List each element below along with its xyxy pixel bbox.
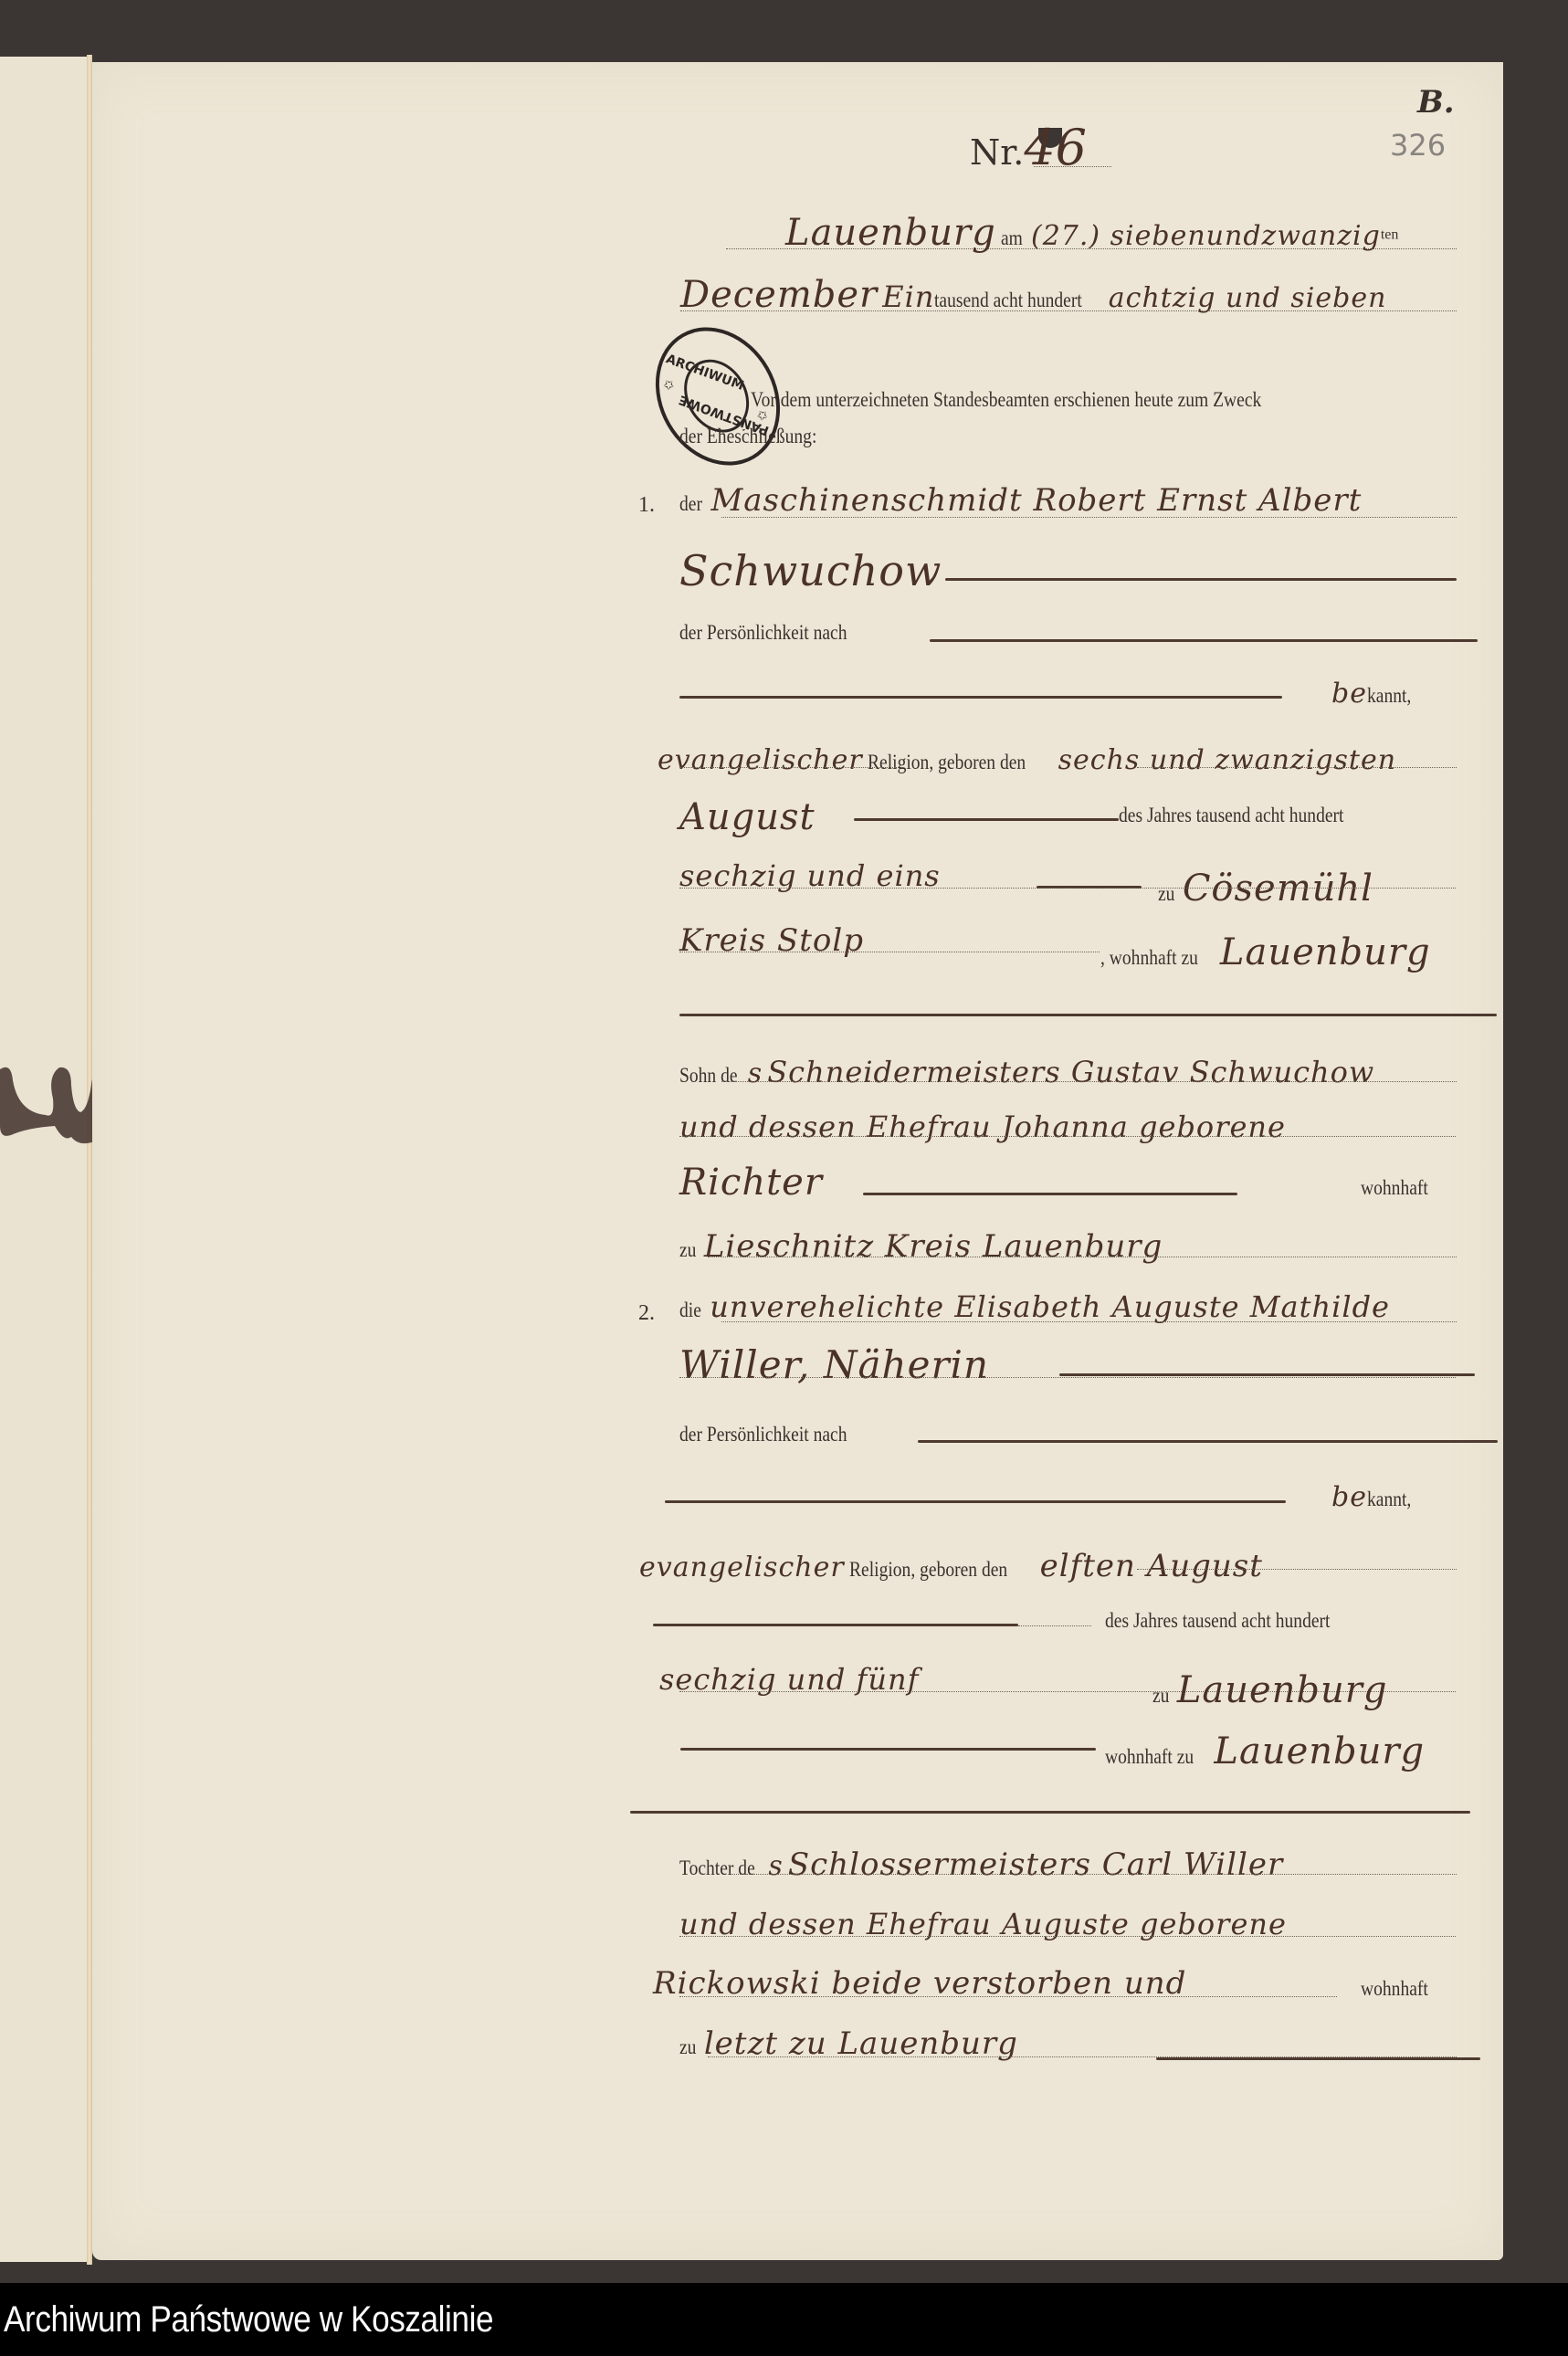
star-icon: ✩ <box>661 376 678 394</box>
groom-birthplace: Cösemühl <box>1183 868 1373 910</box>
groom-identity-label: der Persönlichkeit nach <box>679 621 847 645</box>
bride-known-printed: kannt, <box>1367 1488 1411 1511</box>
bride-residence: Lauenburg <box>1214 1730 1425 1772</box>
bride-parent-label: Tochter de <box>679 1856 755 1880</box>
bride-index: 2. <box>638 1301 655 1326</box>
bride-father: Schlossermeisters Carl Willer <box>788 1846 1283 1883</box>
groom-mother-maiden: Richter <box>679 1162 823 1204</box>
groom-article: der <box>679 492 702 516</box>
scan-image: B. 326 Nr.46 Lauenburg am (27.) siebenun… <box>0 0 1568 2283</box>
intro-line-1: Vor dem unterzeichneten Standesbeamten e… <box>751 388 1261 412</box>
day-value: (27.) siebenundzwanzig <box>1031 220 1381 252</box>
bride-status-names: unverehelichte Elisabeth Auguste Mathild… <box>710 1289 1390 1324</box>
bride-known-hand: be <box>1331 1481 1367 1513</box>
groom-known-printed: kannt, <box>1367 684 1411 708</box>
groom-year-label: des Jahres tausend acht hundert <box>1119 804 1343 827</box>
bride-surname-occupation: Willer, Näherin <box>679 1342 989 1387</box>
year-prefix: Ein <box>882 279 934 314</box>
bride-birthplace: Lauenburg <box>1177 1669 1388 1711</box>
groom-parent-label: Sohn de <box>679 1064 738 1088</box>
bride-birthplace-label: zu <box>1152 1684 1169 1708</box>
groom-religion: evangelischer <box>658 744 863 776</box>
groom-known-hand: be <box>1331 678 1367 710</box>
bride-identity-label: der Persönlichkeit nach <box>679 1423 847 1446</box>
place-value: Lauenburg <box>785 212 996 254</box>
footer-bar: Archiwum Państwowe w Koszalinie <box>0 2283 1568 2356</box>
groom-occupation-names: Maschinenschmidt Robert Ernst Albert <box>710 482 1362 519</box>
groom-mother-line: und dessen Ehefrau Johanna geborene <box>679 1110 1286 1144</box>
bride-religion: evangelischer <box>639 1551 845 1583</box>
groom-parents-residence-prefix: zu <box>679 1238 696 1262</box>
groom-birthplace-district: Kreis Stolp <box>679 922 864 959</box>
intro-line-2: der Eheschließung: <box>679 425 816 448</box>
form-letter: B. <box>1417 84 1455 121</box>
year-hand: achtzig und sieben <box>1109 282 1387 314</box>
am-label: am <box>1001 226 1023 250</box>
bride-religion-label: Religion, geboren den <box>849 1558 1007 1582</box>
groom-residence: Lauenburg <box>1220 931 1431 973</box>
groom-index: 1. <box>638 493 655 518</box>
groom-surname: Schwuchow <box>679 546 942 595</box>
groom-birth-day: sechs und zwanzigsten <box>1058 744 1396 776</box>
record-number-value: 46 <box>1024 119 1087 176</box>
bride-parent-suffix: s <box>768 1850 783 1882</box>
bride-parents-residence-label: wohnhaft <box>1361 1977 1428 2001</box>
left-page <box>0 57 87 2262</box>
record-number-label: Nr. <box>970 132 1024 173</box>
record-number: Nr.46 <box>970 119 1087 176</box>
groom-parents-residence-label: wohnhaft <box>1361 1176 1428 1200</box>
groom-residence-label: , wohnhaft zu <box>1100 946 1198 970</box>
groom-parents-residence: Lieschnitz Kreis Lauenburg <box>704 1228 1163 1265</box>
bride-year-label: des Jahres tausend acht hundert <box>1105 1609 1330 1633</box>
bride-birth-day-month: elften August <box>1040 1548 1263 1584</box>
bride-residence-label: wohnhaft zu <box>1105 1745 1194 1769</box>
groom-religion-label: Religion, geboren den <box>868 751 1026 774</box>
bride-parents-residence-prefix: zu <box>679 2035 696 2059</box>
institution-name: Archiwum Państwowe w Koszalinie <box>4 2299 493 2340</box>
groom-father: Schneidermeisters Gustav Schwuchow <box>767 1055 1374 1089</box>
month-value: December <box>680 274 878 316</box>
bride-article: die <box>679 1299 701 1322</box>
groom-birthplace-label: zu <box>1158 882 1174 906</box>
groom-birth-month: August <box>679 796 816 838</box>
archive-page-number: 326 <box>1390 128 1446 163</box>
day-suffix: ten <box>1381 227 1399 243</box>
year-printed: tausend acht hundert <box>934 289 1082 312</box>
groom-parent-suffix: s <box>748 1057 763 1089</box>
